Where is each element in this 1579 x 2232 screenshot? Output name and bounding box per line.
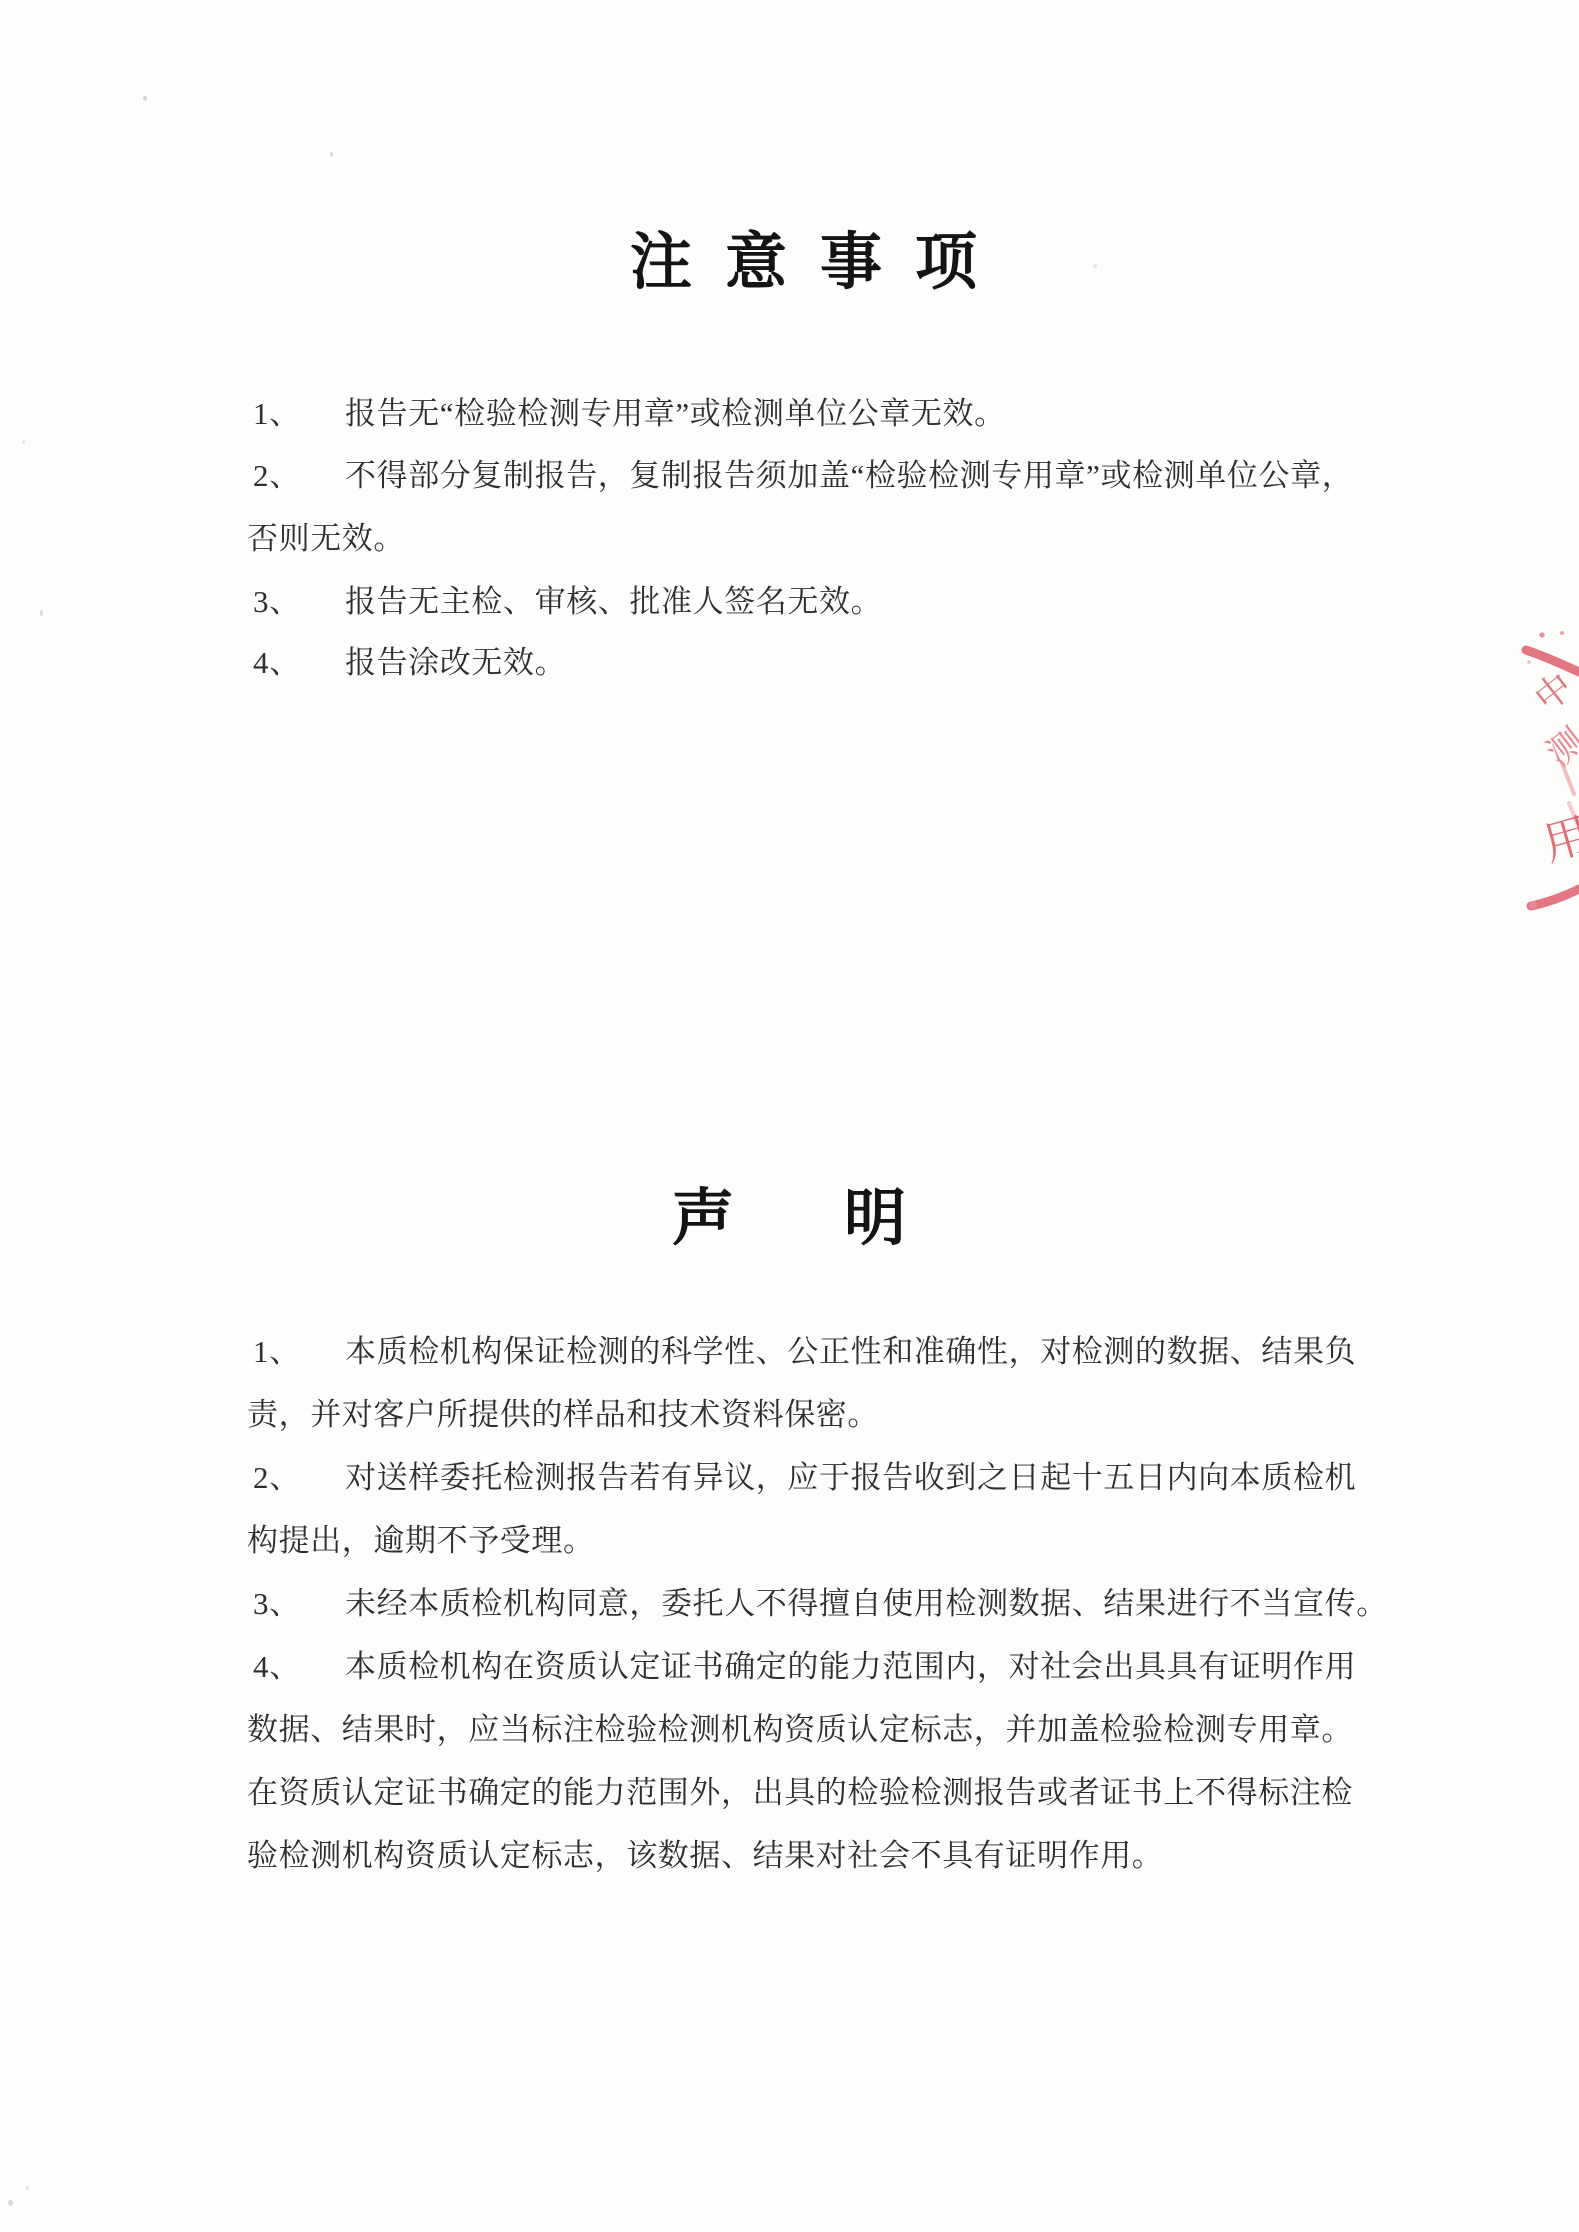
- list-number: 1、: [253, 395, 301, 433]
- stamp-ring-arc-bottom: [1531, 889, 1579, 906]
- scan-speck: [8, 2200, 13, 2206]
- red-seal-stamp-icon: 中 测 用: [1489, 618, 1579, 940]
- stamp-glyph: 中: [1527, 666, 1579, 720]
- list-number: 2、: [253, 457, 301, 495]
- list-text: 不得部分复制报告，复制报告须加盖“检验检测专用章”或检测单位公章，: [345, 457, 1353, 495]
- list-number: 3、: [253, 583, 301, 621]
- stamp-ink-dot: [1539, 632, 1544, 637]
- scan-speck: [22, 440, 25, 444]
- list-text: 本质检机构保证检测的科学性、公正性和准确性，对检测的数据、结果负: [345, 1333, 1356, 1371]
- list-text: 报告无“检验检测专用章”或检测单位公章无效。: [345, 395, 1006, 433]
- list-text: 验检测机构资质认定标志，该数据、结果对社会不具有证明作用。: [247, 1838, 1163, 1873]
- list-text: 在资质认定证书确定的能力范围外，出具的检验检测报告或者证书上不得标注检: [247, 1775, 1353, 1810]
- list-text: 数据、结果时，应当标注检验检测机构资质认定标志，并加盖检验检测专用章。: [247, 1712, 1353, 1747]
- list-text: 对送样委托检测报告若有异议，应于报告收到之日起十五日内向本质检机: [345, 1459, 1356, 1497]
- list-number: 2、: [253, 1459, 301, 1497]
- statement-item-2-cont: 构提出，逾期不予受理。: [247, 1522, 595, 1562]
- scan-speck: [1093, 264, 1097, 268]
- list-number: 4、: [253, 644, 301, 682]
- scan-speck: [143, 96, 147, 101]
- stamp-glyph: 测: [1539, 721, 1579, 775]
- statement-item-4-cont-3: 验检测机构资质认定标志，该数据、结果对社会不具有证明作用。: [247, 1837, 1163, 1877]
- list-number: 3、: [253, 1585, 301, 1623]
- stamp-ink-dot: [1527, 660, 1531, 664]
- statement-item-4-cont-2: 在资质认定证书确定的能力范围外，出具的检验检测报告或者证书上不得标注检: [247, 1774, 1353, 1814]
- list-number: 1、: [253, 1333, 301, 1371]
- stamp-ink-dot: [1560, 631, 1564, 635]
- stamp-ink-smudge: [1529, 901, 1537, 909]
- list-text: 报告无主检、审核、批准人签名无效。: [345, 583, 882, 621]
- statement-item-4-cont-1: 数据、结果时，应当标注检验检测机构资质认定标志，并加盖检验检测专用章。: [247, 1711, 1353, 1751]
- scan-speck: [26, 2186, 29, 2190]
- scan-speck: [40, 610, 43, 616]
- list-text: 构提出，逾期不予受理。: [247, 1523, 595, 1558]
- list-text: 未经本质检机构同意，委托人不得擅自使用检测数据、结果进行不当宣传。: [345, 1585, 1388, 1623]
- list-number: 4、: [253, 1648, 301, 1686]
- statement-item-1-cont: 责，并对客户所提供的样品和技术资料保密。: [247, 1396, 879, 1436]
- list-text: 责，并对客户所提供的样品和技术资料保密。: [247, 1397, 879, 1432]
- stamp-glyph: 用: [1538, 809, 1579, 871]
- list-text: 报告涂改无效。: [345, 644, 566, 682]
- scan-speck: [330, 152, 333, 157]
- notice-section-title: 注意事项: [630, 232, 1010, 294]
- statement-section-title: 声明: [672, 1188, 1016, 1250]
- list-text: 否则无效。: [247, 521, 405, 556]
- notice-item-2-cont: 否则无效。: [247, 520, 405, 560]
- scanned-report-page: 注意事项 1、 报告无“检验检测专用章”或检测单位公章无效。 2、 不得部分复制…: [0, 0, 1579, 2232]
- list-text: 本质检机构在资质认定证书确定的能力范围内，对社会出具具有证明作用: [345, 1648, 1356, 1686]
